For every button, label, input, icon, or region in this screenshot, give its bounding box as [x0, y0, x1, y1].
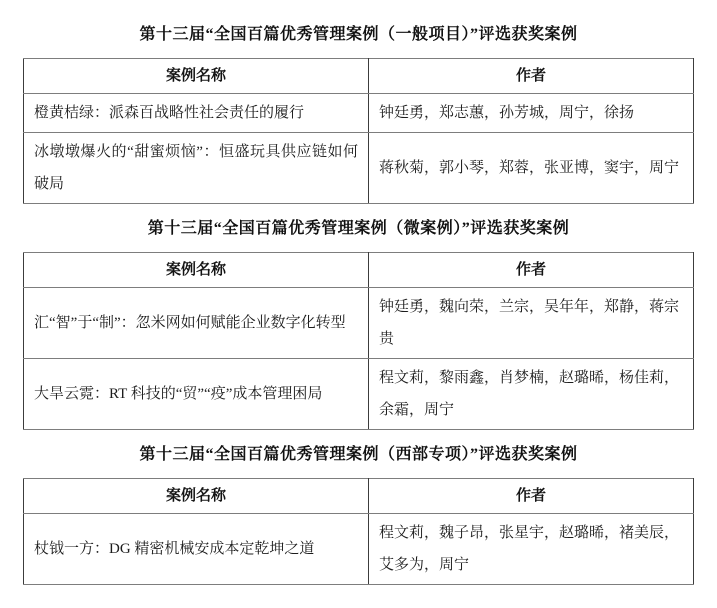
- column-header-authors: 作者: [369, 59, 694, 94]
- table-row: 汇“智”于“制”：忽米网如何赋能企业数字化转型 钟廷勇，魏向荣，兰宗，吴年年，郑…: [24, 288, 694, 359]
- case-name-cell: 冰墩墩爆火的“甜蜜烦恼”：恒盛玩具供应链如何破局: [24, 133, 369, 204]
- awards-table-general: 案例名称 作者 橙黄桔绿：派森百战略性社会责任的履行 钟廷勇，郑志蕙，孙芳城，周…: [23, 58, 694, 204]
- authors-cell: 程文莉，黎雨鑫，肖梦楠，赵璐晞，杨佳莉，余霜，周宁: [369, 359, 694, 430]
- awards-table-micro: 案例名称 作者 汇“智”于“制”：忽米网如何赋能企业数字化转型 钟廷勇，魏向荣，…: [23, 252, 694, 430]
- award-section-micro: 第十三届“全国百篇优秀管理案例（微案例）”评选获奖案例 案例名称 作者 汇“智”…: [0, 218, 717, 430]
- authors-cell: 钟廷勇，郑志蕙，孙芳城，周宁，徐扬: [369, 94, 694, 133]
- award-section-general: 第十三届“全国百篇优秀管理案例（一般项目）”评选获奖案例 案例名称 作者 橙黄桔…: [0, 24, 717, 204]
- table-row: 橙黄桔绿：派森百战略性社会责任的履行 钟廷勇，郑志蕙，孙芳城，周宁，徐扬: [24, 94, 694, 133]
- section-title: 第十三届“全国百篇优秀管理案例（西部专项）”评选获奖案例: [0, 444, 717, 466]
- awards-table-western: 案例名称 作者 杖钺一方：DG 精密机械安成本定乾坤之道 程文莉，魏子昂，张星宇…: [23, 478, 694, 585]
- column-header-authors: 作者: [369, 479, 694, 514]
- authors-cell: 钟廷勇，魏向荣，兰宗，吴年年，郑静，蒋宗贵: [369, 288, 694, 359]
- document-page: 第十三届“全国百篇优秀管理案例（一般项目）”评选获奖案例 案例名称 作者 橙黄桔…: [0, 0, 717, 608]
- case-name-cell: 大旱云霓：RT 科技的“贸”“疫”成本管理困局: [24, 359, 369, 430]
- table-row: 杖钺一方：DG 精密机械安成本定乾坤之道 程文莉，魏子昂，张星宇，赵璐晞，褚美辰…: [24, 514, 694, 585]
- authors-cell: 程文莉，魏子昂，张星宇，赵璐晞，褚美辰，艾多为，周宁: [369, 514, 694, 585]
- case-name-cell: 橙黄桔绿：派森百战略性社会责任的履行: [24, 94, 369, 133]
- table-row: 大旱云霓：RT 科技的“贸”“疫”成本管理困局 程文莉，黎雨鑫，肖梦楠，赵璐晞，…: [24, 359, 694, 430]
- column-header-case-name: 案例名称: [24, 59, 369, 94]
- case-name-cell: 汇“智”于“制”：忽米网如何赋能企业数字化转型: [24, 288, 369, 359]
- case-name-cell: 杖钺一方：DG 精密机械安成本定乾坤之道: [24, 514, 369, 585]
- column-header-authors: 作者: [369, 253, 694, 288]
- authors-cell: 蒋秋菊，郭小琴，郑蓉，张亚博，窦宇，周宁: [369, 133, 694, 204]
- table-header-row: 案例名称 作者: [24, 479, 694, 514]
- table-header-row: 案例名称 作者: [24, 59, 694, 94]
- award-section-western: 第十三届“全国百篇优秀管理案例（西部专项）”评选获奖案例 案例名称 作者 杖钺一…: [0, 444, 717, 585]
- column-header-case-name: 案例名称: [24, 479, 369, 514]
- table-row: 冰墩墩爆火的“甜蜜烦恼”：恒盛玩具供应链如何破局 蒋秋菊，郭小琴，郑蓉，张亚博，…: [24, 133, 694, 204]
- section-title: 第十三届“全国百篇优秀管理案例（微案例）”评选获奖案例: [0, 218, 717, 240]
- column-header-case-name: 案例名称: [24, 253, 369, 288]
- section-title: 第十三届“全国百篇优秀管理案例（一般项目）”评选获奖案例: [0, 24, 717, 46]
- table-header-row: 案例名称 作者: [24, 253, 694, 288]
